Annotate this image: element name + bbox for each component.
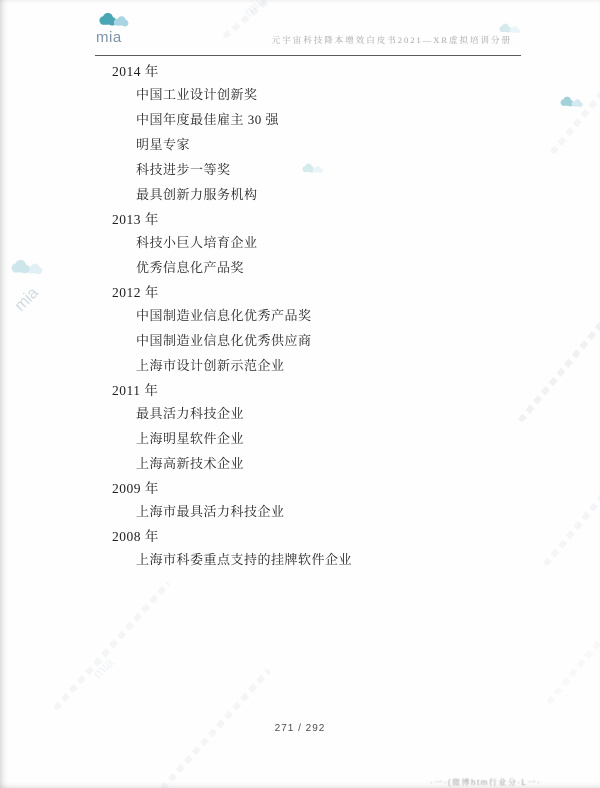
year-heading: 2008 年 xyxy=(112,527,600,546)
watermark-mia-text: mia xyxy=(95,668,118,686)
award-item: 中国制造业信息化优秀产品奖 xyxy=(136,306,600,325)
page-number: 271 / 292 xyxy=(0,723,600,734)
year-heading: 2013 年 xyxy=(112,210,600,229)
year-heading: 2011 年 xyxy=(112,381,600,400)
document-page: mia mia mia xyxy=(0,0,600,788)
watermark-streak xyxy=(53,581,171,711)
year-heading: 2014 年 xyxy=(112,62,600,81)
header-divider xyxy=(95,55,521,56)
watermark-mia-text: mia xyxy=(246,6,269,24)
award-item: 上海高新技术企业 xyxy=(136,454,600,473)
award-item: 最具创新力服务机构 xyxy=(136,185,600,204)
mia-cloud-logo-icon xyxy=(96,11,166,30)
award-item: 上海明星软件企业 xyxy=(136,429,600,448)
award-item: 科技进步一等奖 xyxy=(136,160,600,179)
awards-list: 2014 年中国工业设计创新奖中国年度最佳雇主 30 强明星专家科技进步一等奖最… xyxy=(0,60,600,575)
award-item: 中国工业设计创新奖 xyxy=(136,85,600,104)
award-item: 上海市科委重点支持的挂牌软件企业 xyxy=(136,550,600,569)
logo-tagline: · · · · · · · · xyxy=(96,45,166,50)
award-item: 优秀信息化产品奖 xyxy=(136,258,600,277)
award-item: 中国制造业信息化优秀供应商 xyxy=(136,331,600,350)
award-item: 最具活力科技企业 xyxy=(136,404,600,423)
logo-wordmark: mia xyxy=(96,30,166,45)
watermark-streak xyxy=(546,609,600,705)
award-item: 科技小巨人培育企业 xyxy=(136,233,600,252)
award-item: 中国年度最佳雇主 30 强 xyxy=(136,110,600,129)
report-title: 元宇宙科技降本增效白皮书2021—XR虚拟培训分册 xyxy=(272,34,512,46)
year-heading: 2012 年 xyxy=(112,283,600,302)
award-item: 上海市设计创新示范企业 xyxy=(136,356,600,375)
year-heading: 2009 年 xyxy=(112,479,600,498)
award-item: 上海市最具活力科技企业 xyxy=(136,502,600,521)
mia-logo: mia · · · · · · · · xyxy=(96,11,166,50)
corner-clipped-text: ·一·(微博htm行业分·L一· xyxy=(430,777,541,788)
award-item: 明星专家 xyxy=(136,135,600,154)
